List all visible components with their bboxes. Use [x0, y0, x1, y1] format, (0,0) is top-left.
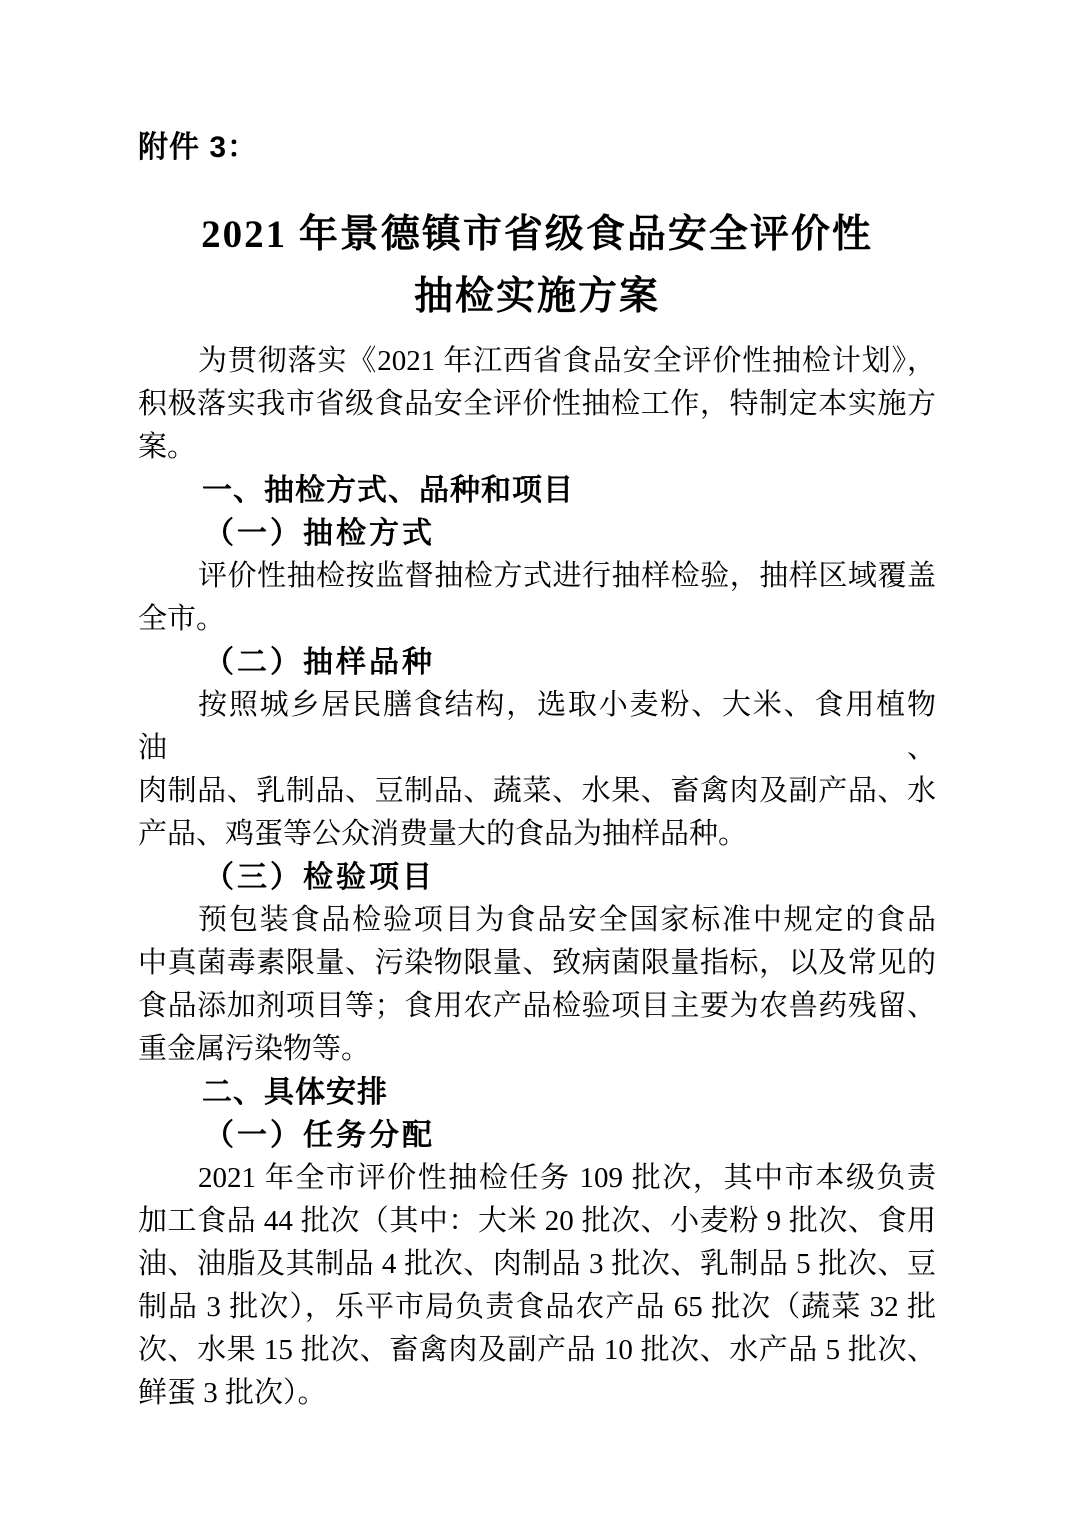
- section2-sub1-line-3: 油、油脂及其制品 4 批次、肉制品 3 批次、乳制品 5 批次、豆: [138, 1243, 936, 1286]
- intro-line-3: 案。: [138, 426, 936, 469]
- section1-sub2-line-2: 肉制品、乳制品、豆制品、蔬菜、水果、畜禽肉及副产品、水: [138, 770, 936, 813]
- section1-sub2-heading: （二）抽样品种: [138, 641, 936, 684]
- section1-sub1-line-2: 全市。: [138, 598, 936, 641]
- section1-sub3-heading: （三）检验项目: [138, 856, 936, 899]
- attachment-label: 附件 3：: [138, 126, 936, 170]
- section2-sub1-line-1: 2021 年全市评价性抽检任务 109 批次，其中市本级负责: [138, 1157, 936, 1200]
- intro-line-1: 为贯彻落实《2021 年江西省食品安全评价性抽检计划》，: [138, 340, 936, 383]
- doc-title-line1: 2021 年景德镇市省级食品安全评价性: [138, 204, 936, 266]
- section1-sub3-line-4: 重金属污染物等。: [138, 1028, 936, 1071]
- section2-sub1-line-4: 制品 3 批次），乐平市局负责食品农产品 65 批次（蔬菜 32 批: [138, 1286, 936, 1329]
- section2-sub1-line-2: 加工食品 44 批次（其中：大米 20 批次、小麦粉 9 批次、食用: [138, 1200, 936, 1243]
- section1-sub1-line-1: 评价性抽检按监督抽检方式进行抽样检验，抽样区域覆盖: [138, 555, 936, 598]
- section1-sub3-line-2: 中真菌毒素限量、污染物限量、致病菌限量指标，以及常见的: [138, 942, 936, 985]
- document-page: 附件 3： 2021 年景德镇市省级食品安全评价性 抽检实施方案 为贯彻落实《2…: [0, 0, 1074, 1520]
- section1-sub2-line-3: 产品、鸡蛋等公众消费量大的食品为抽样品种。: [138, 813, 936, 856]
- section2-heading: 二、具体安排: [138, 1071, 936, 1114]
- section1-sub3-line-1: 预包装食品检验项目为食品安全国家标准中规定的食品: [138, 899, 936, 942]
- intro-line-2: 积极落实我市省级食品安全评价性抽检工作，特制定本实施方: [138, 383, 936, 426]
- section1-sub3-line-3: 食品添加剂项目等；食用农产品检验项目主要为农兽药残留、: [138, 985, 936, 1028]
- section2-sub1-line-6: 鲜蛋 3 批次）。: [138, 1372, 936, 1415]
- section1-heading: 一、抽检方式、品种和项目: [138, 469, 936, 512]
- section2-sub1-heading: （一）任务分配: [138, 1114, 936, 1157]
- section1-sub2-line-1: 按照城乡居民膳食结构，选取小麦粉、大米、食用植物油、: [138, 684, 936, 770]
- doc-body: 为贯彻落实《2021 年江西省食品安全评价性抽检计划》， 积极落实我市省级食品安…: [138, 340, 936, 1415]
- doc-title: 2021 年景德镇市省级食品安全评价性 抽检实施方案: [138, 204, 936, 328]
- doc-title-line2: 抽检实施方案: [138, 266, 936, 328]
- section1-sub1-heading: （一）抽检方式: [138, 512, 936, 555]
- section2-sub1-line-5: 次、水果 15 批次、畜禽肉及副产品 10 批次、水产品 5 批次、: [138, 1329, 936, 1372]
